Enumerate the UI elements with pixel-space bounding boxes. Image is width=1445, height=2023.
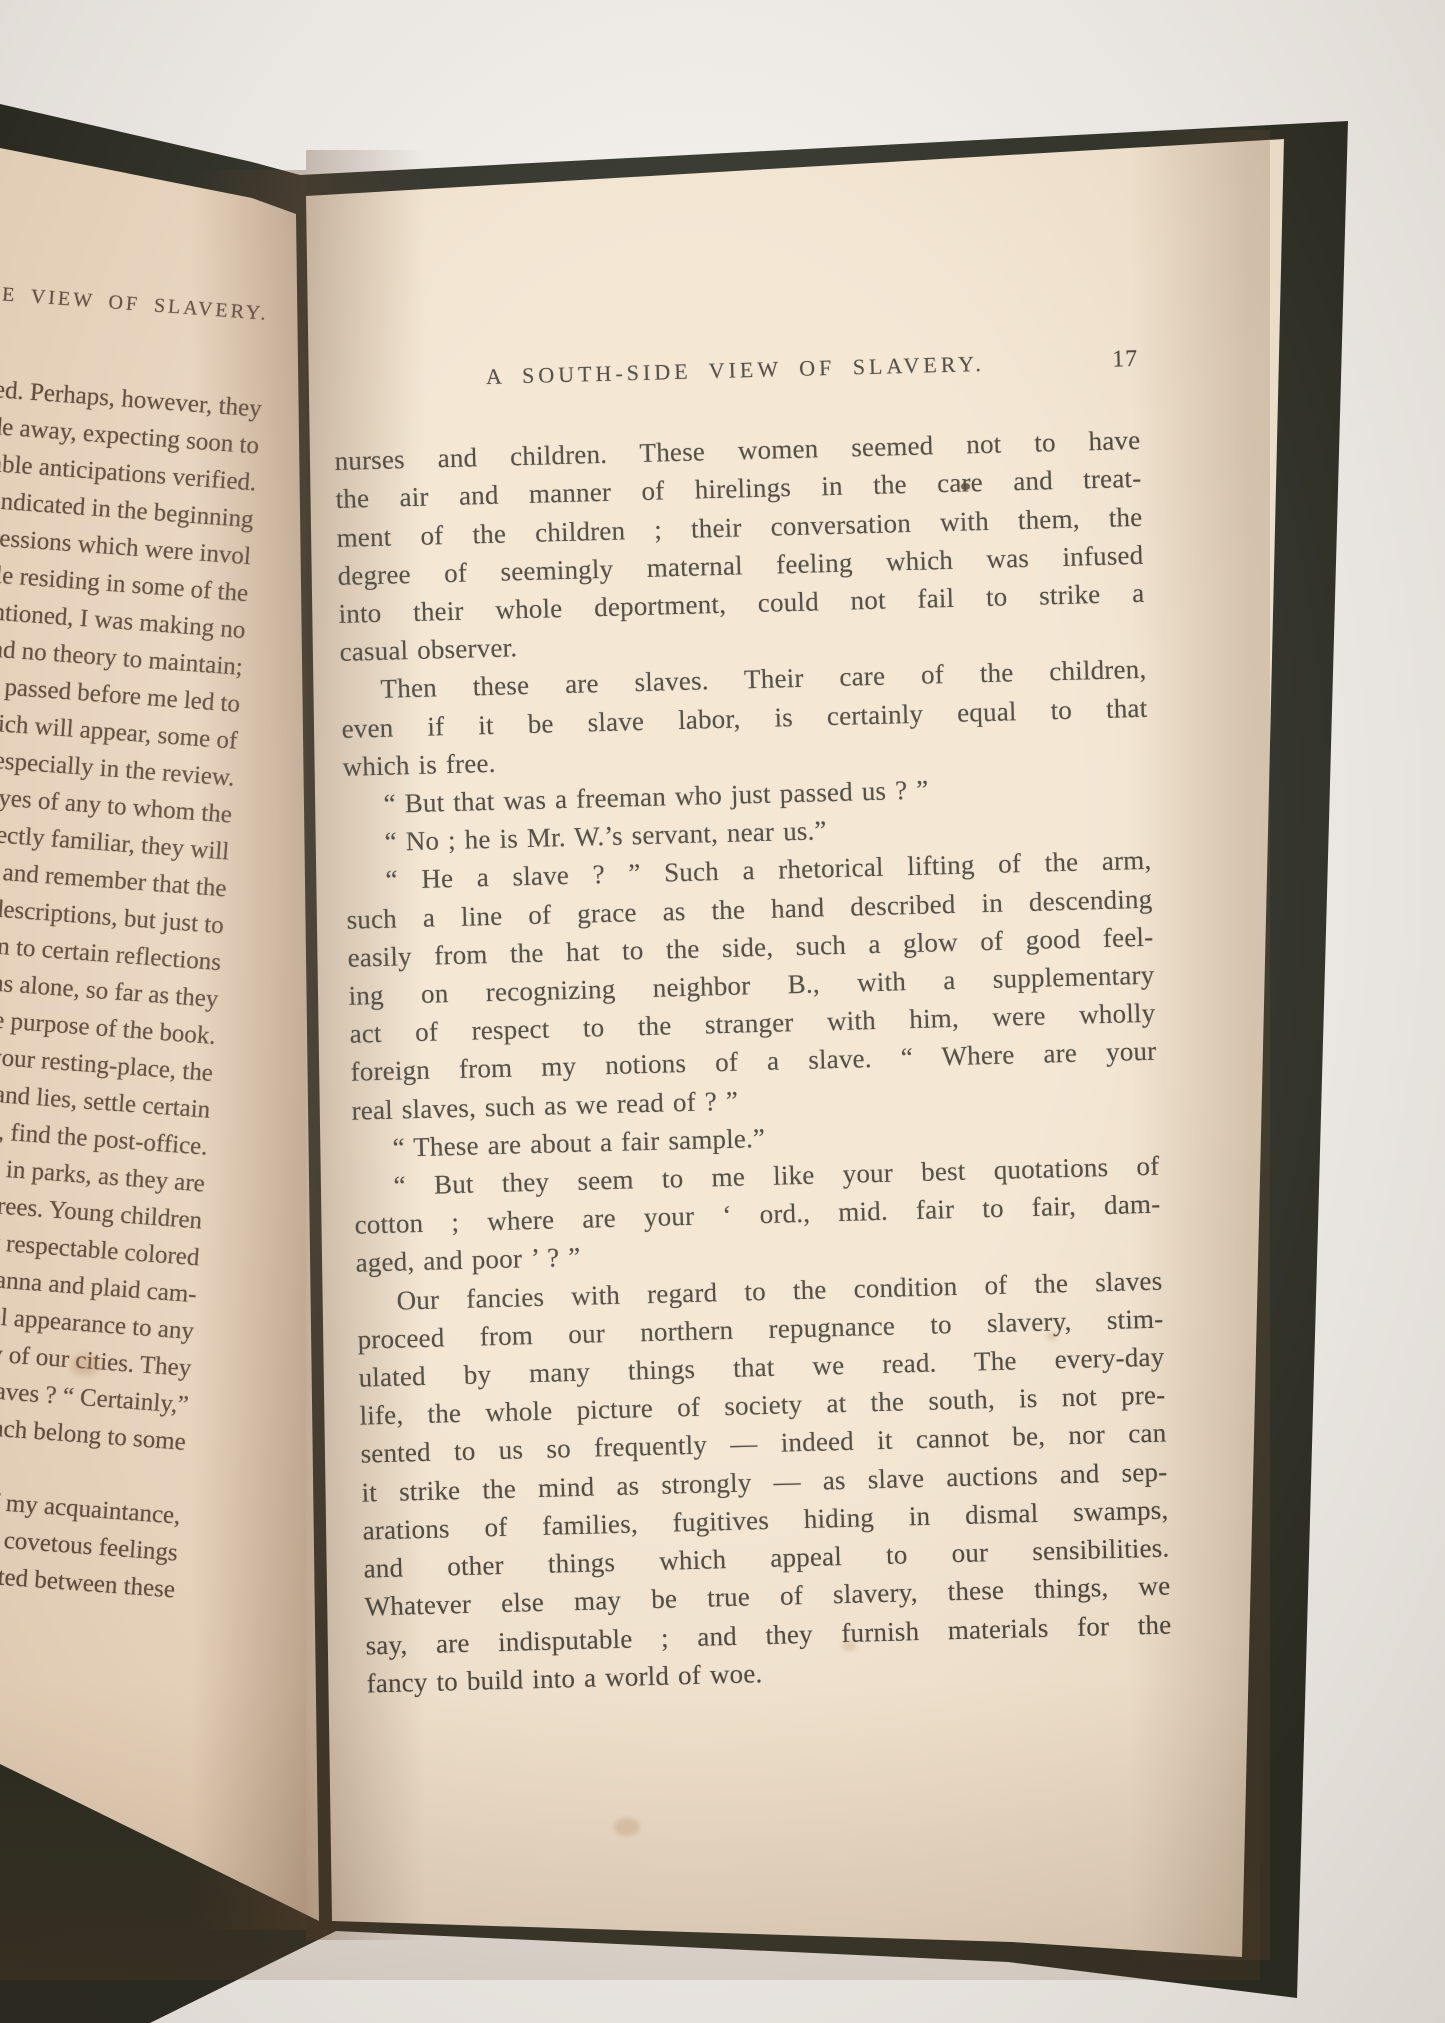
- book-photo: -SIDE VIEW OF SLAVERY. expected. Perhaps…: [0, 0, 1445, 2023]
- right-page-text: A SOUTH-SIDE VIEW OF SLAVERY. 17 nurses …: [332, 341, 1173, 1703]
- right-page-paragraphs: nurses and children. These women seemed …: [334, 421, 1173, 1702]
- page-number: 17: [1112, 340, 1139, 379]
- right-running-header: A SOUTH-SIDE VIEW OF SLAVERY.: [486, 351, 986, 389]
